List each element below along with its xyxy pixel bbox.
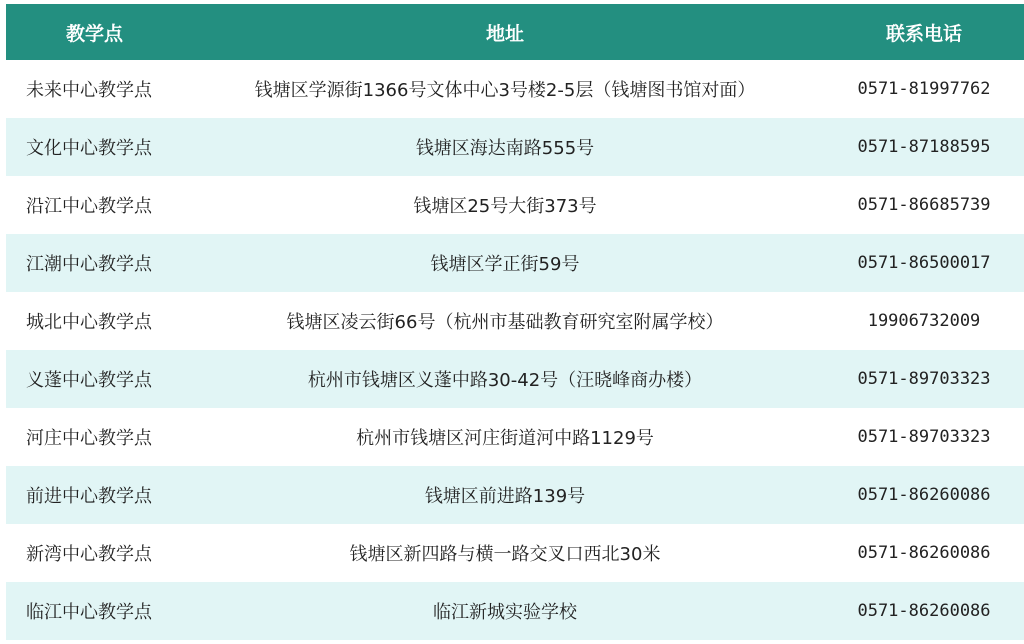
cell-name: 城北中心教学点 xyxy=(6,308,186,334)
cell-address: 钱塘区25号大街373号 xyxy=(186,192,824,218)
cell-phone: 0571-86260086 xyxy=(824,485,1024,505)
cell-phone: 0571-86685739 xyxy=(824,195,1024,215)
table-row: 河庄中心教学点 杭州市钱塘区河庄街道河中路1129号 0571-89703323 xyxy=(6,408,1024,466)
table-row: 文化中心教学点 钱塘区海达南路555号 0571-87188595 xyxy=(6,118,1024,176)
table-row: 城北中心教学点 钱塘区凌云街66号（杭州市基础教育研究室附属学校） 199067… xyxy=(6,292,1024,350)
table-row: 临江中心教学点 临江新城实验学校 0571-86260086 xyxy=(6,582,1024,640)
cell-address: 钱塘区新四路与横一路交叉口西北30米 xyxy=(186,540,824,566)
cell-name: 临江中心教学点 xyxy=(6,598,186,624)
cell-name: 江潮中心教学点 xyxy=(6,250,186,276)
table-row: 江潮中心教学点 钱塘区学正街59号 0571-86500017 xyxy=(6,234,1024,292)
cell-name: 新湾中心教学点 xyxy=(6,540,186,566)
table-header: 教学点 地址 联系电话 xyxy=(6,4,1024,60)
cell-name: 沿江中心教学点 xyxy=(6,192,186,218)
cell-phone: 0571-87188595 xyxy=(824,137,1024,157)
header-phone: 联系电话 xyxy=(824,19,1024,46)
teaching-points-table: 教学点 地址 联系电话 未来中心教学点 钱塘区学源街1366号文体中心3号楼2-… xyxy=(6,4,1024,640)
cell-address: 钱塘区凌云街66号（杭州市基础教育研究室附属学校） xyxy=(186,308,824,334)
cell-phone: 0571-86260086 xyxy=(824,543,1024,563)
cell-address: 杭州市钱塘区河庄街道河中路1129号 xyxy=(186,424,824,450)
cell-phone: 0571-81997762 xyxy=(824,79,1024,99)
cell-phone: 0571-86500017 xyxy=(824,253,1024,273)
cell-phone: 0571-86260086 xyxy=(824,601,1024,621)
cell-phone: 19906732009 xyxy=(824,311,1024,331)
cell-name: 河庄中心教学点 xyxy=(6,424,186,450)
table-row: 未来中心教学点 钱塘区学源街1366号文体中心3号楼2-5层（钱塘图书馆对面） … xyxy=(6,60,1024,118)
header-name: 教学点 xyxy=(6,19,186,46)
cell-name: 文化中心教学点 xyxy=(6,134,186,160)
table-row: 沿江中心教学点 钱塘区25号大街373号 0571-86685739 xyxy=(6,176,1024,234)
cell-name: 前进中心教学点 xyxy=(6,482,186,508)
header-address: 地址 xyxy=(186,19,824,46)
cell-address: 杭州市钱塘区义蓬中路30-42号（汪晓峰商办楼） xyxy=(186,366,824,392)
cell-address: 钱塘区海达南路555号 xyxy=(186,134,824,160)
cell-address: 钱塘区学正街59号 xyxy=(186,250,824,276)
table-row: 前进中心教学点 钱塘区前进路139号 0571-86260086 xyxy=(6,466,1024,524)
cell-phone: 0571-89703323 xyxy=(824,369,1024,389)
table-row: 义蓬中心教学点 杭州市钱塘区义蓬中路30-42号（汪晓峰商办楼） 0571-89… xyxy=(6,350,1024,408)
cell-address: 临江新城实验学校 xyxy=(186,598,824,624)
table-row: 新湾中心教学点 钱塘区新四路与横一路交叉口西北30米 0571-86260086 xyxy=(6,524,1024,582)
cell-name: 未来中心教学点 xyxy=(6,76,186,102)
cell-address: 钱塘区前进路139号 xyxy=(186,482,824,508)
cell-name: 义蓬中心教学点 xyxy=(6,366,186,392)
cell-address: 钱塘区学源街1366号文体中心3号楼2-5层（钱塘图书馆对面） xyxy=(186,76,824,102)
cell-phone: 0571-89703323 xyxy=(824,427,1024,447)
